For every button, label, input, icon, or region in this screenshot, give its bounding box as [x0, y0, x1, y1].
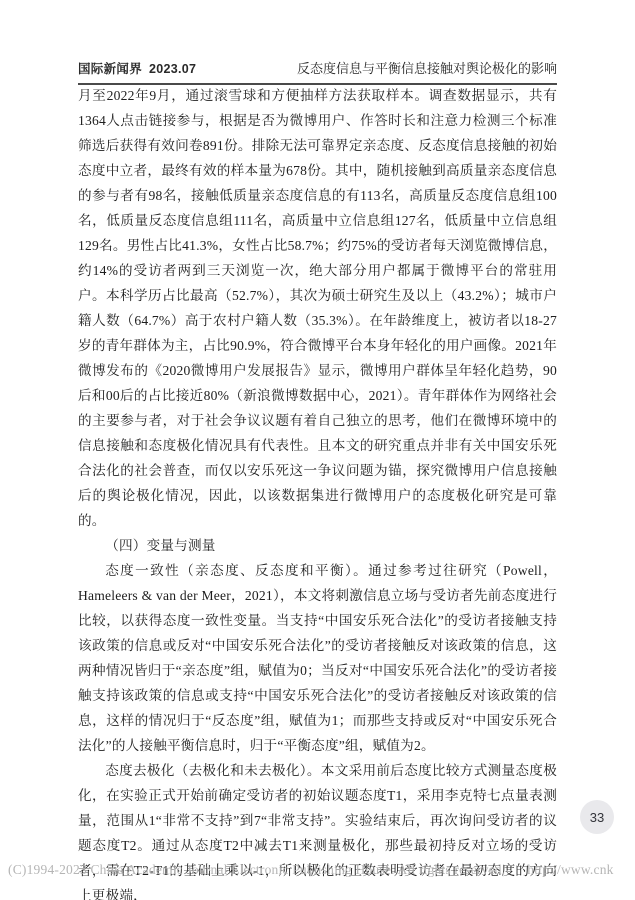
footer-watermark: (C)1994-2023 China Academic Journal Elec… [8, 862, 635, 878]
running-header: 国际新闻界2023.07 反态度信息与平衡信息接触对舆论极化的影响 [78, 58, 557, 85]
article-body: 月至2022年9月，通过滚雪球和方便抽样方法获取样本。调查数据显示，共有1364… [78, 83, 557, 900]
footer-url: http://www.cnk [527, 862, 613, 877]
paragraph: 态度一致性（亲态度、反态度和平衡）。通过参考过往研究（Powell，Hamele… [78, 558, 557, 758]
journal-name: 国际新闻界 [78, 62, 142, 76]
paragraph: 态度去极化（去极化和未去极化）。本文采用前后态度比较方式测量态度极化，在实验正式… [78, 758, 557, 900]
copyright-text: (C)1994-2023 China Academic Journal Elec… [8, 862, 505, 877]
journal-name-and-issue: 国际新闻界2023.07 [78, 59, 196, 77]
paragraph: 月至2022年9月，通过滚雪球和方便抽样方法获取样本。调查数据显示，共有1364… [78, 83, 557, 533]
issue-date: 2023.07 [149, 62, 196, 76]
page-number-badge: 33 [580, 800, 614, 834]
running-title: 反态度信息与平衡信息接触对舆论极化的影响 [297, 58, 557, 77]
paper-page: 国际新闻界2023.07 反态度信息与平衡信息接触对舆论极化的影响 月至2022… [0, 0, 635, 900]
section-heading: （四）变量与测量 [78, 533, 557, 558]
